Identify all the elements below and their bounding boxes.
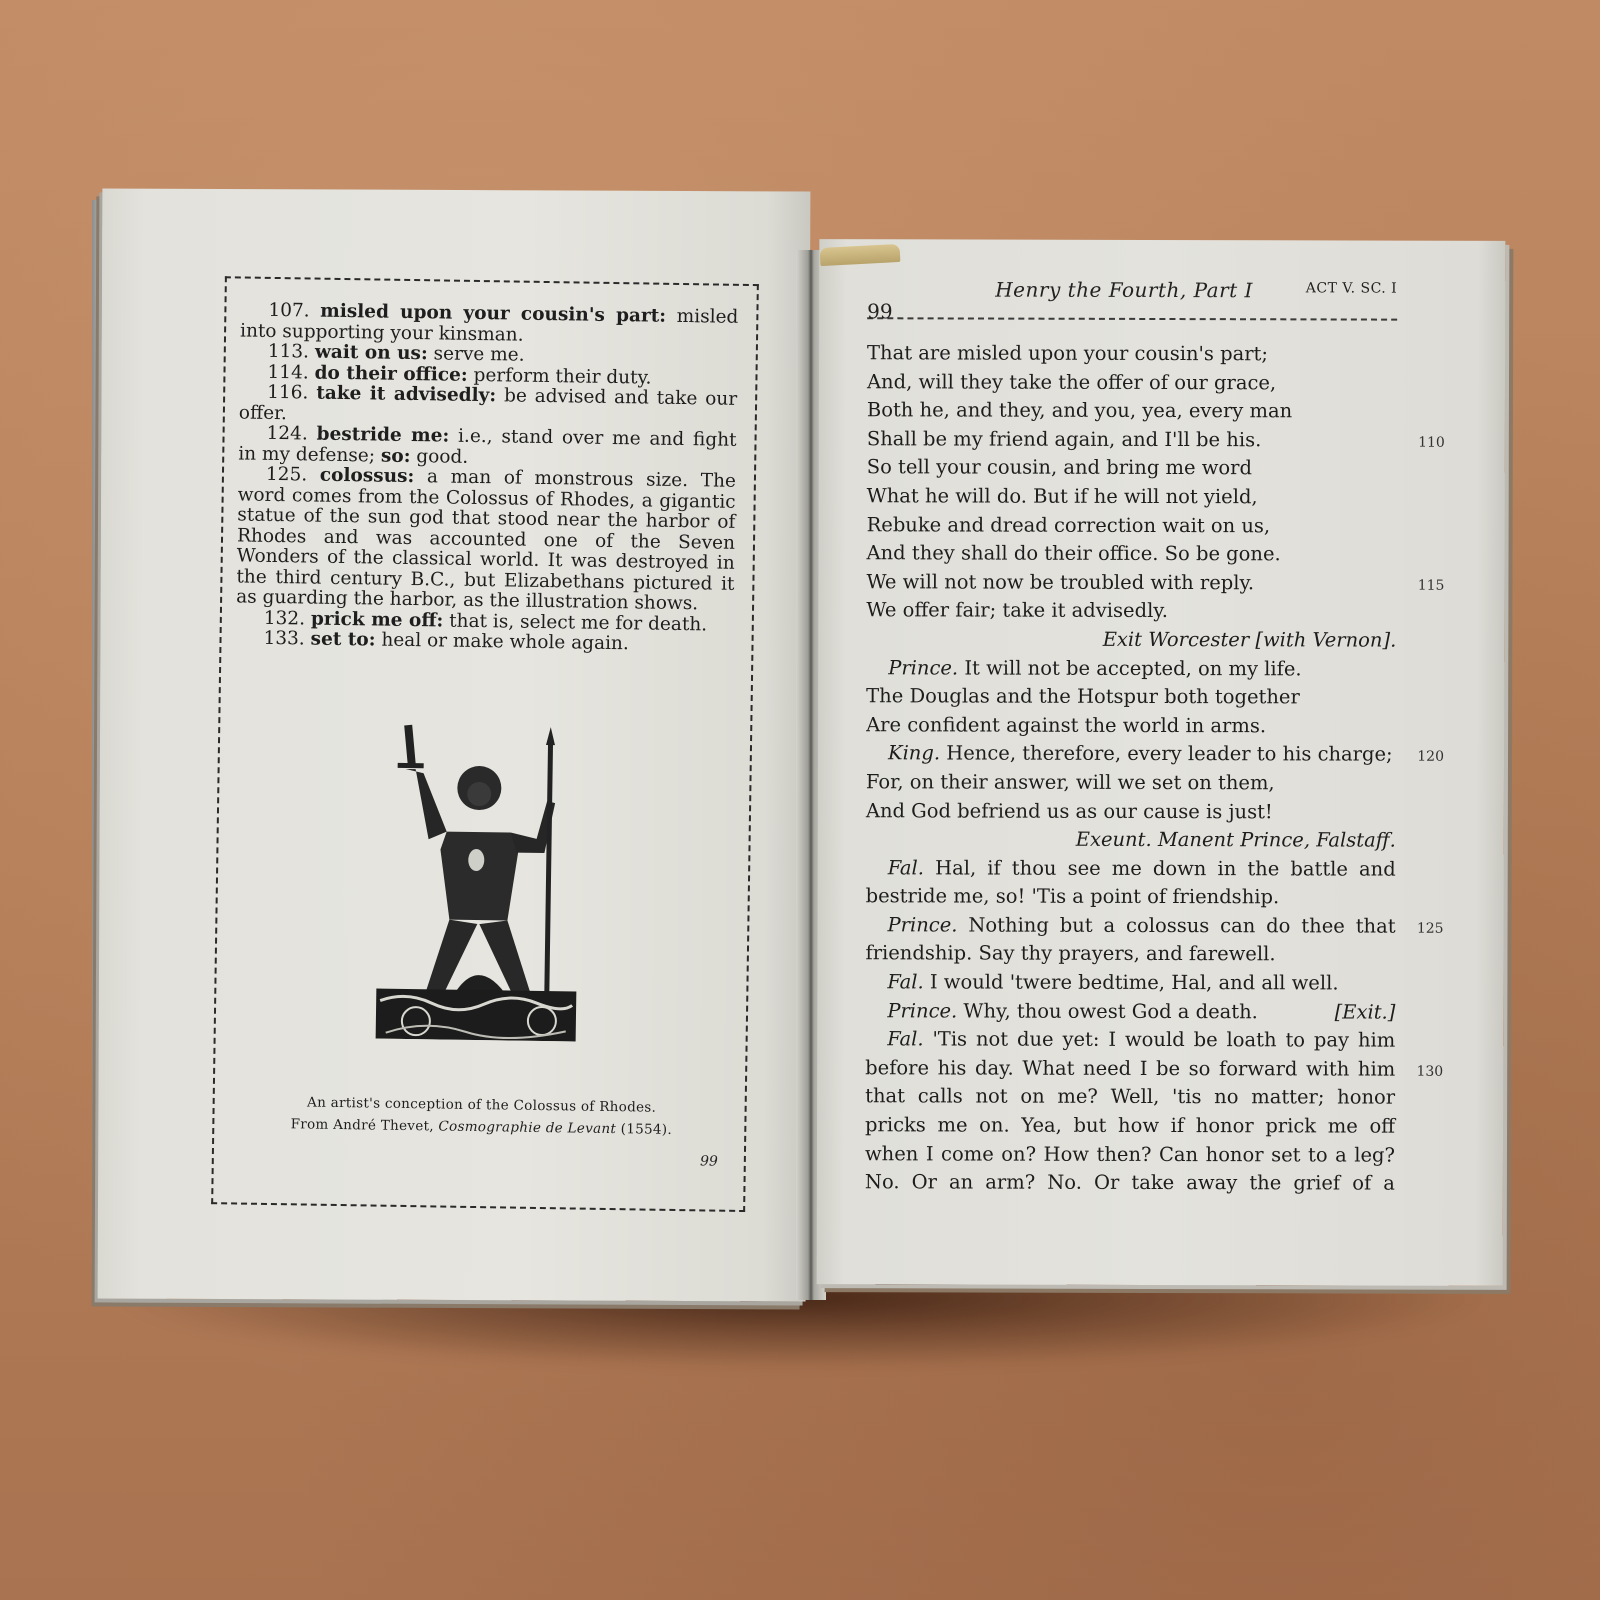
footnote-term: prick me off: [311, 608, 444, 631]
line-text: that calls not on me? Well, 'tis no matt… [865, 1085, 1395, 1109]
play-line: That are misled upon your cousin's part; [867, 339, 1397, 369]
line-text: Both he, and they, and you, yea, every m… [867, 398, 1292, 422]
speaker-name: Fal. [887, 970, 923, 993]
line-text: So tell your cousin, and bring me word [867, 456, 1252, 480]
caption-author: From André Thevet, [291, 1116, 439, 1134]
line-number: 110 [1418, 428, 1445, 457]
line-text: bestride me, so! 'Tis a point of friends… [866, 885, 1280, 909]
line-text: Why, thou owest God a death. [957, 999, 1258, 1023]
line-text: For, on their answer, will we set on the… [866, 770, 1275, 794]
illustration-caption: An artist's conception of the Colossus o… [234, 1090, 729, 1141]
footnote-line-number: 114. [239, 361, 309, 383]
line-number: 115 [1418, 571, 1445, 600]
line-text: Are confident against the world in arms. [866, 713, 1266, 737]
line-text: 'Tis not due yet: I would be loath to pa… [924, 1028, 1396, 1052]
footnote-line-number: 125. [238, 463, 308, 485]
line-number: 125 [1417, 915, 1444, 944]
play-line: No. Or an arm? No. Or take away the grie… [865, 1168, 1395, 1198]
play-line: bestride me, so! 'Tis a point of friends… [866, 883, 1396, 913]
play-line: Are confident against the world in arms. [866, 711, 1396, 741]
speaker-name: King. [888, 742, 940, 765]
line-text: And they shall do their office. So be go… [867, 541, 1281, 565]
line-text: when I come on? How then? Can honor set … [865, 1142, 1395, 1166]
play-line: Fal. 'Tis not due yet: I would be loath … [865, 1025, 1395, 1055]
line-text: It will not be accepted, on my life. [958, 656, 1302, 680]
footnote-gloss: serve me. [428, 343, 525, 365]
line-text: And, will they take the offer of our gra… [867, 370, 1276, 394]
speaker-name: Prince. [887, 999, 957, 1022]
footnote-line-number: 107. [240, 299, 310, 321]
line-text: Hence, therefore, every leader to his ch… [940, 742, 1393, 766]
line-text: pricks me on. Yea, but how if honor pric… [865, 1113, 1395, 1137]
speaker-name: Prince. [888, 656, 958, 679]
caption-year: (1554). [616, 1121, 672, 1138]
footnote-line-number: 124. [238, 422, 308, 444]
line-text: Rebuke and dread correction wait on us, [867, 513, 1271, 537]
play-line: Rebuke and dread correction wait on us, [867, 511, 1397, 541]
right-page-number: 99 [867, 299, 893, 323]
left-page: 107. misled upon your cousin's part: mis… [98, 188, 811, 1301]
line-text: I would 'twere bedtime, Hal, and all wel… [924, 970, 1339, 994]
stage-direction-text: Exit Worcester [with Vernon]. [1103, 628, 1397, 652]
footnote-gloss: good. [410, 445, 468, 467]
play-line: Both he, and they, and you, yea, every m… [867, 396, 1397, 426]
footnote: 125. colossus: a man of monstrous size. … [236, 464, 736, 615]
footnote-term: take it advisedly: [316, 383, 496, 407]
play-line: And, will they take the offer of our gra… [867, 368, 1397, 398]
stage-direction: Exeunt. Manent Prince, Falstaff. [866, 825, 1396, 855]
play-line: We will not now be troubled with reply.1… [866, 568, 1396, 598]
line-text: Nothing but a colossus can do thee that [957, 913, 1395, 937]
play-line: We offer fair; take it advisedly. [866, 597, 1396, 627]
play-line: And God befriend us as our cause is just… [866, 797, 1396, 827]
exit-direction: [Exit.] [1335, 998, 1396, 1027]
speaker-name: Fal. [887, 1028, 923, 1051]
play-line: And they shall do their office. So be go… [867, 539, 1397, 569]
footnote-line-number: 113. [240, 340, 310, 362]
play-title: Henry the Fourth, Part I [995, 278, 1253, 303]
play-line: Prince. It will not be accepted, on my l… [866, 654, 1396, 684]
footnote-line-number: 132. [236, 607, 306, 629]
line-number: 130 [1416, 1058, 1443, 1087]
speaker-name: Prince. [888, 913, 958, 936]
left-page-number: 99 [700, 1153, 718, 1169]
footnote-gloss: a man of monstrous size. The word comes … [236, 466, 736, 614]
play-line: when I come on? How then? Can honor set … [865, 1140, 1395, 1170]
play-line: What he will do. But if he will not yiel… [867, 482, 1397, 512]
open-book: 107. misled upon your cousin's part: mis… [0, 0, 1600, 1600]
line-text: before his day. What need I be so forwar… [865, 1056, 1395, 1080]
line-text: We offer fair; take it advisedly. [866, 599, 1168, 623]
line-number: 120 [1417, 743, 1444, 772]
play-line: Prince. Why, thou owest God a death.[Exi… [865, 997, 1395, 1027]
footnote-gloss: heal or make whole again. [375, 630, 629, 655]
play-line: Prince. Nothing but a colossus can do th… [866, 911, 1396, 941]
play-line: friendship. Say thy prayers, and farewel… [865, 940, 1395, 970]
right-page: 99 Henry the Fourth, Part I ACT V. SC. I… [817, 239, 1506, 1286]
play-line: Fal. Hal, if thou see me down in the bat… [866, 854, 1396, 884]
line-text: Shall be my friend again, and I'll be hi… [867, 427, 1262, 451]
footnote-term: colossus: [320, 465, 415, 487]
running-head: 99 Henry the Fourth, Part I ACT V. SC. I [867, 277, 1397, 320]
footnote-line-number: 116. [239, 381, 309, 403]
footnote-term: bestride me: [316, 424, 449, 447]
stage-direction: Exit Worcester [with Vernon]. [866, 625, 1396, 655]
line-text: Hal, if thou see me down in the battle a… [924, 856, 1396, 880]
play-line: that calls not on me? Well, 'tis no matt… [865, 1083, 1395, 1113]
footnote-term: wait on us: [315, 342, 428, 365]
footnote-term: so: [381, 445, 411, 466]
play-line: For, on their answer, will we set on the… [866, 768, 1396, 798]
line-text: We will not now be troubled with reply. [866, 570, 1254, 594]
caption-book-title: Cosmographie de Levant [438, 1118, 616, 1137]
footnotes: 107. misled upon your cousin's part: mis… [235, 300, 738, 656]
line-text: What he will do. But if he will not yiel… [867, 484, 1258, 508]
footnote-line-number: 133. [235, 627, 305, 649]
footnote-term: set to: [310, 629, 375, 651]
line-text: friendship. Say thy prayers, and farewel… [865, 942, 1275, 966]
line-text: And God befriend us as our cause is just… [866, 799, 1273, 823]
speaker-name: Fal. [888, 856, 924, 879]
play-line: Fal. I would 'twere bedtime, Hal, and al… [865, 968, 1395, 998]
play-line: before his day. What need I be so forwar… [865, 1054, 1395, 1084]
footnote-gloss: i.e., stand over me and fight in my defe… [238, 426, 737, 466]
stage-direction-text: Exeunt. Manent Prince, Falstaff. [1076, 828, 1396, 852]
play-line: pricks me on. Yea, but how if honor pric… [865, 1111, 1395, 1141]
colossus-of-rhodes-woodcut-icon [366, 718, 591, 1041]
footnote-term: do their office: [314, 362, 467, 385]
play-line: So tell your cousin, and bring me word [867, 454, 1397, 484]
play-line: The Douglas and the Hotspur both togethe… [866, 682, 1396, 712]
play-line: King. Hence, therefore, every leader to … [866, 740, 1396, 770]
act-scene-label: ACT V. SC. I [1306, 280, 1397, 296]
play-line: Shall be my friend again, and I'll be hi… [867, 425, 1397, 455]
play-text: That are misled upon your cousin's part;… [865, 339, 1397, 1198]
line-text: The Douglas and the Hotspur both togethe… [866, 684, 1300, 708]
line-text: That are misled upon your cousin's part; [867, 341, 1268, 365]
line-text: No. Or an arm? No. Or take away the grie… [865, 1170, 1395, 1194]
notes-box: 107. misled upon your cousin's part: mis… [211, 276, 759, 1212]
